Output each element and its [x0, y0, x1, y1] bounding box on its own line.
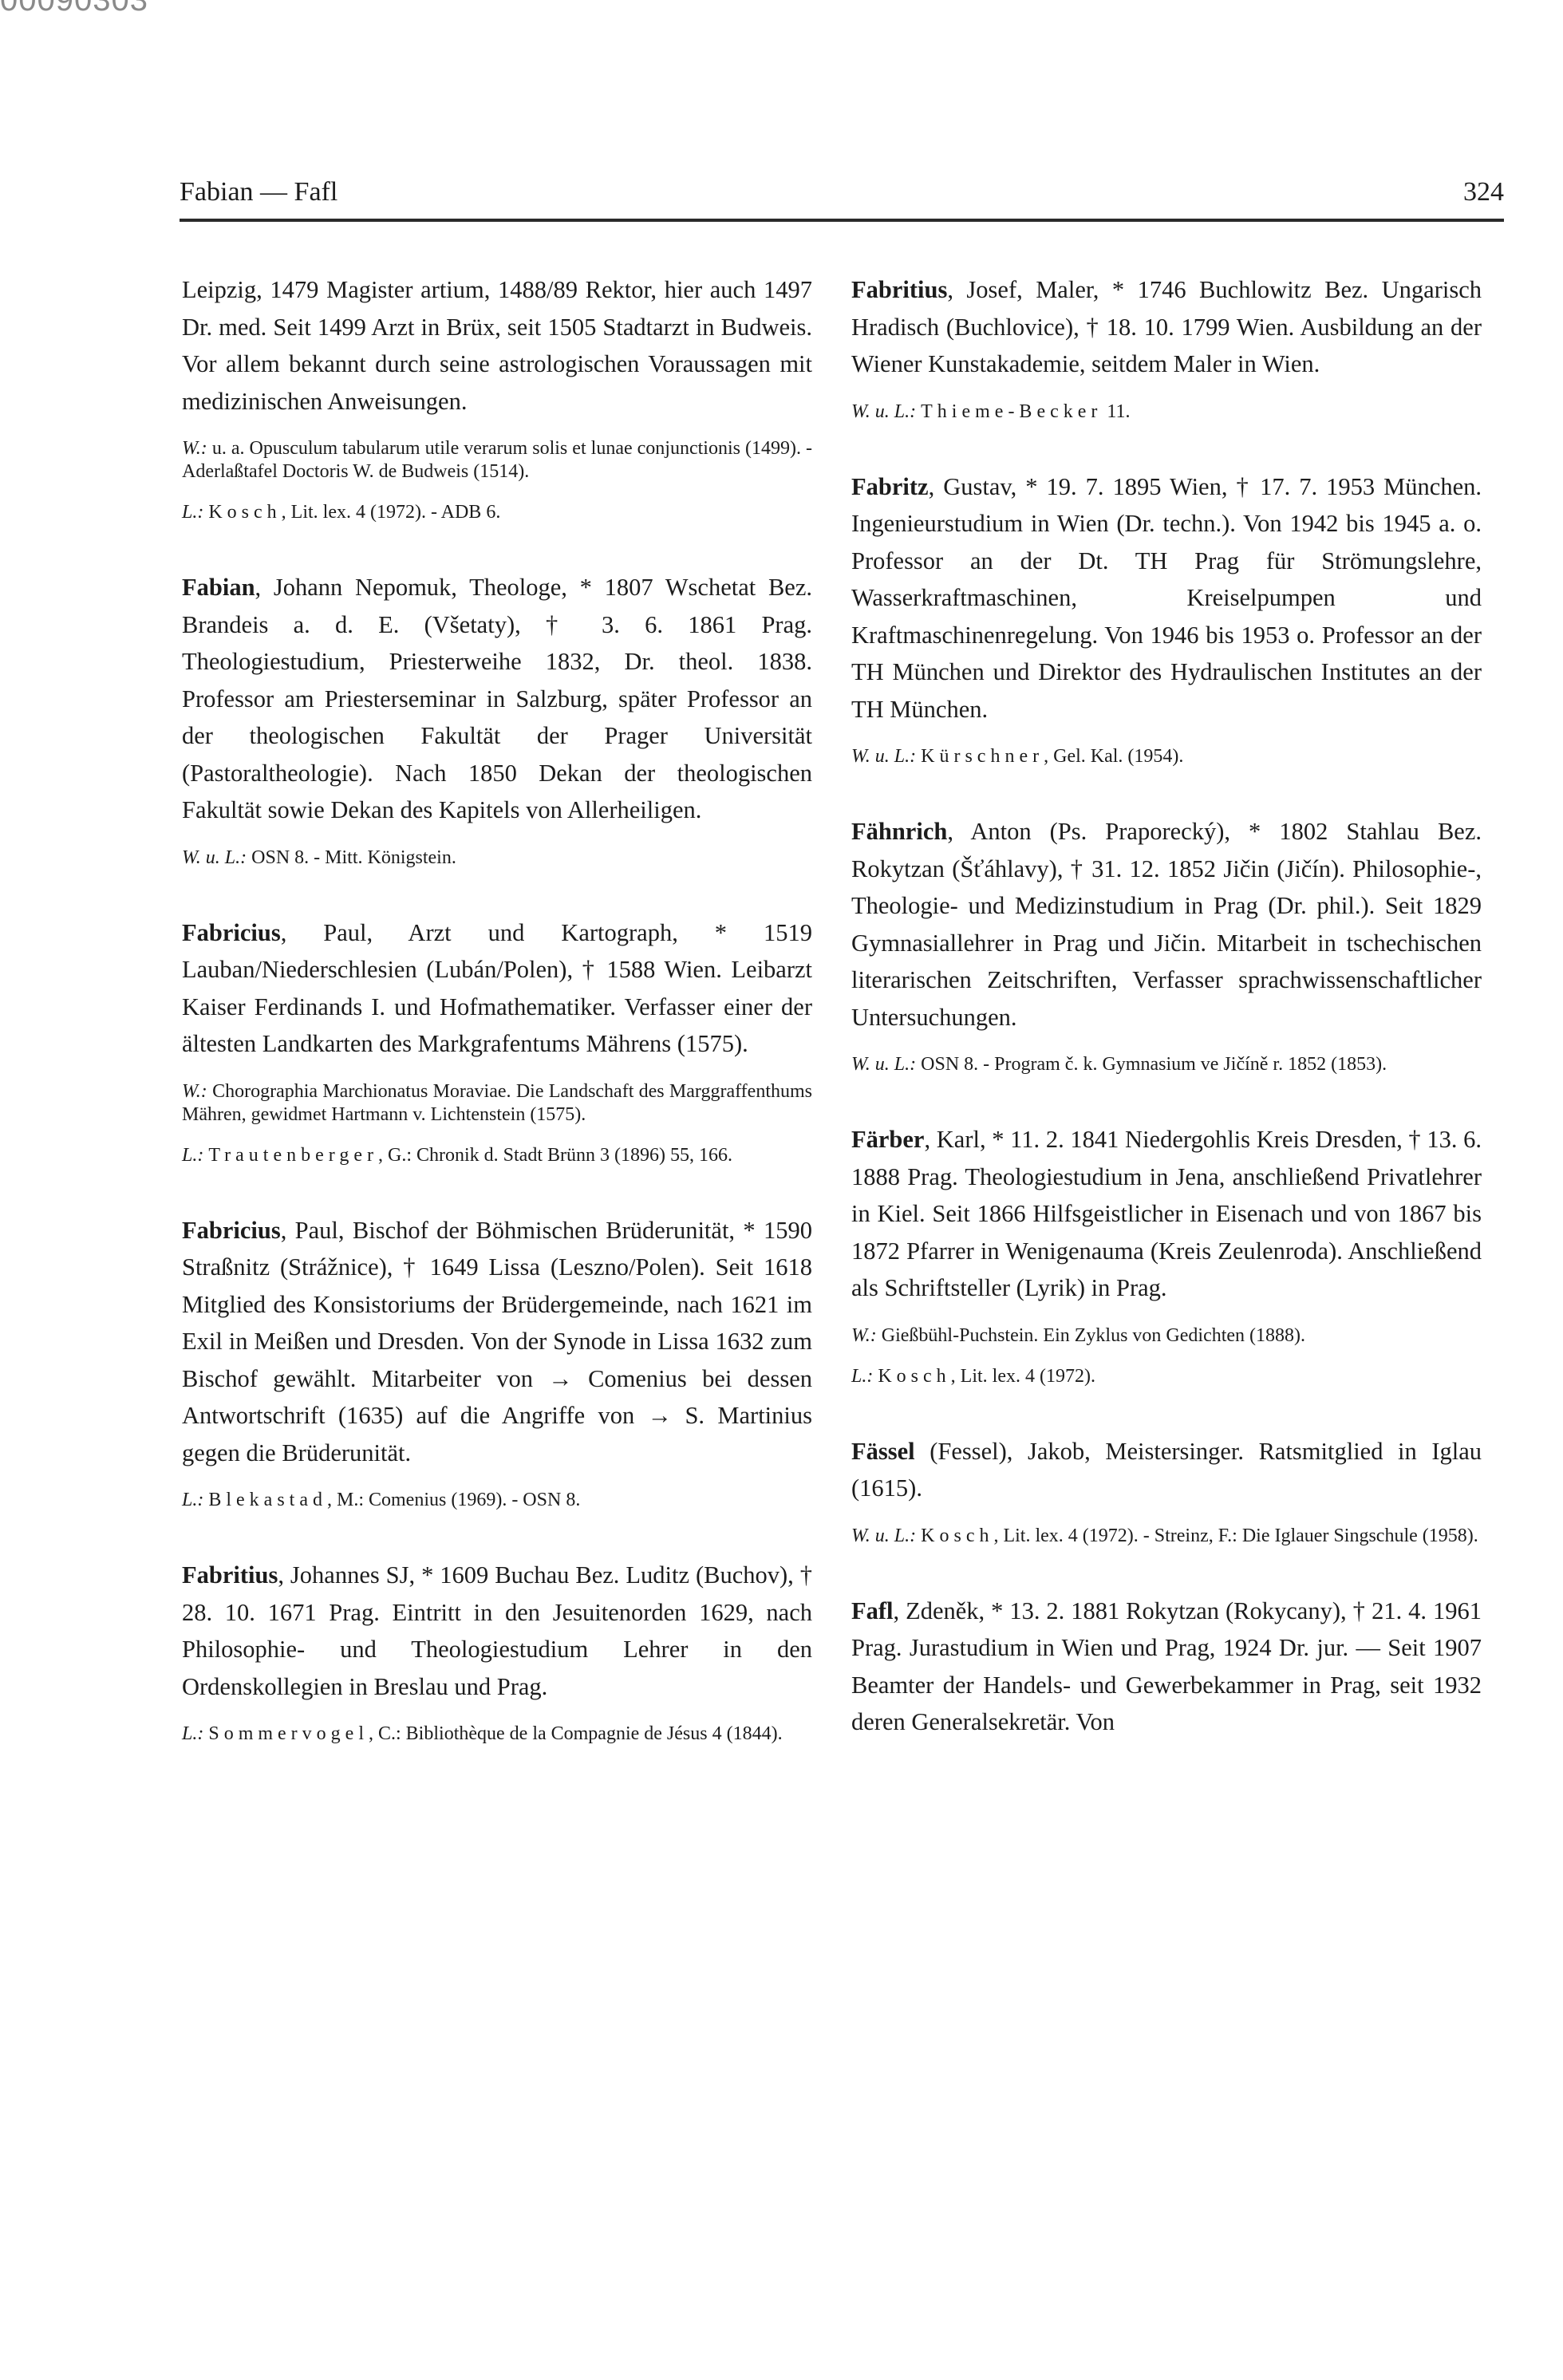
entry-ref: L.: Blekastad, M.: Comenius (1969). - OS…	[182, 1489, 812, 1512]
entry-faerber-karl: Färber, Karl, * 11. 2. 1841 Niedergohlis…	[851, 1121, 1482, 1388]
entry-name: Fabritius	[851, 276, 947, 303]
entry-ref: L.: Kosch, Lit. lex. 4 (1972).	[851, 1365, 1482, 1388]
entry-name: Fabian	[182, 574, 255, 601]
entry-ref: L.: Kosch, Lit. lex. 4 (1972). - ADB 6.	[182, 501, 812, 524]
entry-ref: W. u. L.: OSN 8. - Mitt. Königstein.	[182, 847, 812, 870]
entry-body: , Gustav, * 19. 7. 1895 Wien, † 17. 7. 1…	[851, 473, 1482, 723]
entry-body: (Fessel), Jakob, Meistersinger. Ratsmitg…	[851, 1438, 1482, 1502]
entry-body: , Anton (Ps. Praporecký), * 1802 Stahlau…	[851, 818, 1482, 1031]
header-rule	[180, 219, 1504, 222]
right-column: Fabritius, Josef, Maler, * 1746 Buchlowi…	[851, 271, 1482, 1786]
entry-fabian-johann: Fabian, Johann Nepomuk, Theologe, * 1807…	[182, 569, 812, 870]
entry-ref: W. u. L.: Kürschner, Gel. Kal. (1954).	[851, 745, 1482, 768]
entry-name: Fabricius	[182, 919, 281, 946]
entry-body: , Paul, Bischof der Böhmischen Brüderuni…	[182, 1217, 812, 1466]
entry-body: , Johann Nepomuk, Theologe, * 1807 Wsche…	[182, 574, 812, 823]
entry-fabritius-johannes: Fabritius, Johannes SJ, * 1609 Buchau Be…	[182, 1557, 812, 1746]
entry-fafl-zdenek: Fafl, Zdeněk, * 13. 2. 1881 Rokytzan (Ro…	[851, 1593, 1482, 1741]
running-head: Fabian — Fafl 324	[180, 177, 1504, 207]
entry-body: , Zdeněk, * 13. 2. 1881 Rokytzan (Rokyca…	[851, 1597, 1482, 1736]
entry-ref: W.: Gießbühl-Puchstein. Ein Zyklus von G…	[851, 1324, 1482, 1348]
entry-body: Leipzig, 1479 Magister artium, 1488/89 R…	[182, 276, 812, 415]
scan-id: 00090303	[0, 0, 148, 18]
entry-ref: W. u. L.: OSN 8. - Program č. k. Gymnasi…	[851, 1053, 1482, 1076]
entry-ref: W.: u. a. Opusculum tabularum utile vera…	[182, 437, 812, 483]
page-title: Fabian — Fafl	[180, 177, 337, 207]
entry-fabritius-josef: Fabritius, Josef, Maler, * 1746 Buchlowi…	[851, 271, 1482, 424]
entry-faehnrich-anton: Fähnrich, Anton (Ps. Praporecký), * 1802…	[851, 813, 1482, 1076]
page-number: 324	[1463, 177, 1504, 207]
entry-name: Fabritz	[851, 473, 929, 500]
entry-name: Fabricius	[182, 1217, 281, 1244]
entry-ref: W.: Chorographia Marchionatus Moraviae. …	[182, 1080, 812, 1127]
entry-name: Fähnrich	[851, 818, 947, 845]
entry-faessel-jakob: Fässel (Fessel), Jakob, Meistersinger. R…	[851, 1433, 1482, 1548]
entry-fabritz-gustav: Fabritz, Gustav, * 19. 7. 1895 Wien, † 1…	[851, 468, 1482, 769]
entry-continued: Leipzig, 1479 Magister artium, 1488/89 R…	[182, 271, 812, 524]
entry-name: Färber	[851, 1126, 924, 1153]
entry-ref: W. u. L.: Kosch, Lit. lex. 4 (1972). - S…	[851, 1525, 1482, 1548]
entry-fabricius-paul-arzt: Fabricius, Paul, Arzt und Kartograph, * …	[182, 914, 812, 1167]
entry-name: Fafl	[851, 1597, 894, 1624]
entry-name: Fässel	[851, 1438, 915, 1465]
entry-ref: L.: Sommervogel, C.: Bibliothèque de la …	[182, 1723, 812, 1746]
entry-name: Fabritius	[182, 1561, 278, 1589]
entry-ref: L.: Trautenberger, G.: Chronik d. Stadt …	[182, 1144, 812, 1167]
entry-body: , Karl, * 11. 2. 1841 Niedergohlis Kreis…	[851, 1126, 1482, 1301]
entry-ref: W. u. L.: Thieme-Becker 11.	[851, 401, 1482, 424]
left-column: Leipzig, 1479 Magister artium, 1488/89 R…	[182, 271, 812, 1790]
entry-fabricius-paul-bischof: Fabricius, Paul, Bischof der Böhmischen …	[182, 1212, 812, 1513]
